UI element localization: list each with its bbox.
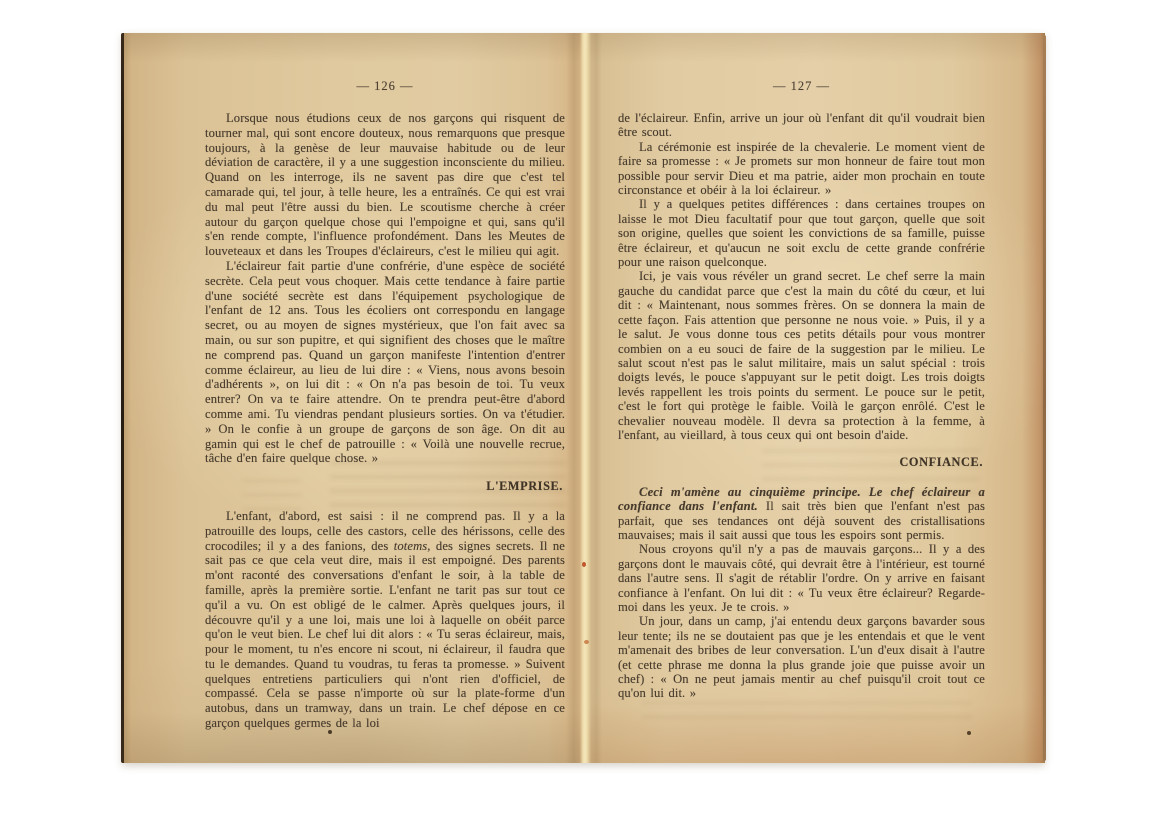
paragraph: de l'éclaireur. Enfin, arrive un jour où… <box>618 111 985 140</box>
paragraph: La cérémonie est inspirée de la chevaler… <box>618 140 985 198</box>
paragraph: Un jour, dans un camp, j'ai entendu deux… <box>618 614 985 700</box>
book-edge-right <box>1043 35 1046 761</box>
rust-speck <box>582 562 586 567</box>
book-spread: — 126 — Lorsque nous étudions ceux de no… <box>122 33 1045 763</box>
page-number-left: — 126 — <box>205 79 565 94</box>
text-column-left: Lorsque nous étudions ceux de nos garçon… <box>205 111 565 731</box>
ink-speck <box>967 731 971 735</box>
rust-speck <box>584 640 589 644</box>
scanned-book-photo: — 126 — Lorsque nous étudions ceux de no… <box>0 0 1170 827</box>
paragraph: Ceci m'amène au cinquième principe. Le c… <box>618 485 985 543</box>
page-number-right: — 127 — <box>618 79 985 94</box>
italic-word-totems: totems <box>394 539 427 553</box>
paragraph: Ici, je vais vous révéler un grand secre… <box>618 269 985 442</box>
center-fold-gutter <box>566 33 602 763</box>
ink-speck <box>328 730 332 734</box>
section-heading-confiance: CONFIANCE. <box>618 455 983 469</box>
paragraph: L'enfant, d'abord, est saisi : il ne com… <box>205 509 565 731</box>
paragraph: Nous croyons qu'il n'y a pas de mauvais … <box>618 542 985 614</box>
paragraph: Il y a quelques petites différences : da… <box>618 197 985 269</box>
paragraph: Lorsque nous étudions ceux de nos garçon… <box>205 111 565 259</box>
text-column-right: de l'éclaireur. Enfin, arrive un jour où… <box>618 111 985 701</box>
paragraph-text: , des signes secrets. Il ne sait pas ce … <box>205 539 565 731</box>
paragraph: L'éclaireur fait partie d'une confrérie,… <box>205 259 565 466</box>
section-heading-emprise: L'EMPRISE. <box>205 479 563 494</box>
book-edge-left <box>121 33 124 763</box>
